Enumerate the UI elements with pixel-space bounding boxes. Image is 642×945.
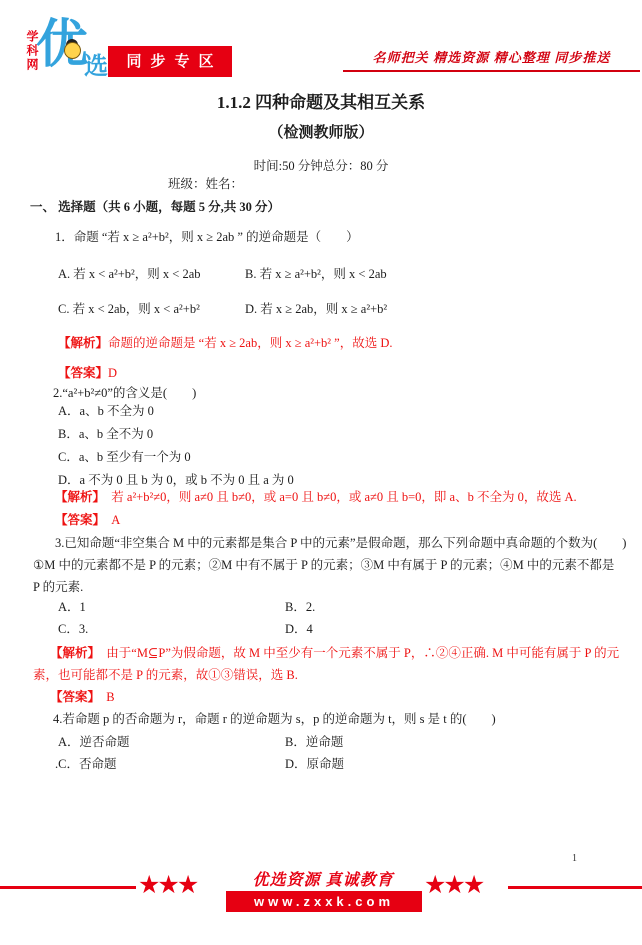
footer-stars-right-icon: ★★★: [424, 870, 482, 900]
q1-stem: 1．命题 “若 x ≥ a²+b²，则 x ≥ 2ab ” 的逆命题是（ ）: [55, 229, 359, 246]
q4-option-a: A．逆否命题: [58, 734, 130, 751]
logo-brand-character: 优: [36, 2, 88, 77]
site-logo: 学科网 优 选 同步专区: [22, 6, 242, 82]
analysis-text: 由于“M⊆P”为假命题，故 M 中至少有一个元素不属于 P，∴②④正确. M 中…: [94, 646, 619, 660]
answer-text: D: [108, 366, 117, 380]
q3-stem-line3: P 的元素.: [33, 579, 83, 596]
q3-stem-line1: 3.已知命题“非空集合 M 中的元素都是集合 P 中的元素”是假命题，那么下列命…: [55, 535, 626, 552]
q1-option-b: B. 若 x ≥ a²+b²，则 x < 2ab: [245, 266, 387, 283]
q2-answer: 【答案】 A: [55, 512, 120, 529]
logo-banner: 同步专区: [108, 46, 232, 77]
q4-option-c: .C．否命题: [55, 756, 116, 773]
q3-option-d: D．4: [285, 621, 313, 638]
q4-option-b: B．逆命题: [285, 734, 343, 751]
q2-stem: 2.“a²+b²≠0”的含义是( ): [53, 385, 196, 402]
q1-option-d: D. 若 x ≥ 2ab，则 x ≥ a²+b²: [245, 301, 387, 318]
analysis-text: 命题的逆命题是 “若 x ≥ 2ab，则 x ≥ a²+b² ”，故选 D.: [108, 336, 393, 350]
exam-meta: 时间:50 分钟总分：80 分: [0, 158, 642, 175]
q2-analysis: 【解析】 若 a²+b²≠0，则 a≠0 且 b≠0，或 a=0 且 b≠0，或…: [55, 489, 577, 506]
section-heading: 一、 选择题（共 6 小题，每题 5 分,共 30 分）: [30, 199, 280, 216]
footer-stars-left-icon: ★★★: [138, 870, 196, 900]
q2-option-d: D．a 不为 0 且 b 为 0，或 b 不为 0 且 a 为 0: [58, 472, 294, 489]
page-subtitle: （检测教师版）: [0, 123, 642, 143]
page-number: 1: [572, 853, 577, 864]
q3-option-c: C．3.: [58, 621, 88, 638]
q2-option-c: C．a、b 至少有一个为 0: [58, 449, 191, 466]
q4-stem: 4.若命题 p 的否命题为 r，命题 r 的逆命题为 s，p 的逆命题为 t，则…: [53, 711, 496, 728]
analysis-label: 【解析】: [55, 490, 99, 504]
footer-website-url[interactable]: www.zxxk.com: [226, 891, 422, 912]
page-title: 1.1.2 四种命题及其相互关系: [0, 92, 642, 115]
logo-brand-character-2: 选: [84, 46, 108, 81]
header-slogan: 名师把关 精选资源 精心整理 同步推送: [343, 47, 640, 72]
q3-analysis-line2: 素，也可能都不是 P 的元素，故①③错误，选 B.: [33, 667, 298, 684]
analysis-text: 若 a²+b²≠0，则 a≠0 且 b≠0，或 a=0 且 b≠0，或 a≠0 …: [99, 490, 577, 504]
q1-option-a: A. 若 x < a²+b²，则 x < 2ab: [58, 266, 201, 283]
class-name-line: 班级：姓名：: [168, 176, 243, 193]
answer-label: 【答案】: [58, 366, 108, 380]
document-page: 学科网 优 选 同步专区 名师把关 精选资源 精心整理 同步推送 1.1.2 四…: [0, 0, 642, 945]
q1-answer: 【答案】D: [58, 365, 117, 382]
q3-answer: 【答案】 B: [50, 689, 115, 706]
q2-option-b: B．a、b 全不为 0: [58, 426, 153, 443]
q4-option-d: D．原命题: [285, 756, 344, 773]
answer-label: 【答案】: [55, 513, 99, 527]
footer-rule-right: [508, 886, 642, 889]
footer-rule-left: [0, 886, 136, 889]
q1-option-c: C. 若 x < 2ab，则 x < a²+b²: [58, 301, 200, 318]
analysis-label: 【解析】: [58, 336, 108, 350]
mascot-face-icon: [64, 42, 81, 59]
analysis-label: 【解析】: [50, 646, 94, 660]
footer-slogan: 优选资源 真诚教育: [224, 867, 422, 890]
q2-option-a: A．a、b 不全为 0: [58, 403, 154, 420]
answer-text: A: [99, 513, 121, 527]
q3-analysis-line1: 【解析】 由于“M⊆P”为假命题，故 M 中至少有一个元素不属于 P，∴②④正确…: [50, 645, 619, 662]
q1-analysis: 【解析】命题的逆命题是 “若 x ≥ 2ab，则 x ≥ a²+b² ”，故选 …: [58, 335, 393, 352]
answer-label: 【答案】: [50, 690, 94, 704]
q3-option-b: B．2.: [285, 599, 315, 616]
q3-stem-line2: ①M 中的元素都不是 P 的元素；②M 中有不属于 P 的元素；③M 中有属于 …: [33, 557, 614, 574]
q3-option-a: A．1: [58, 599, 86, 616]
answer-text: B: [94, 690, 115, 704]
